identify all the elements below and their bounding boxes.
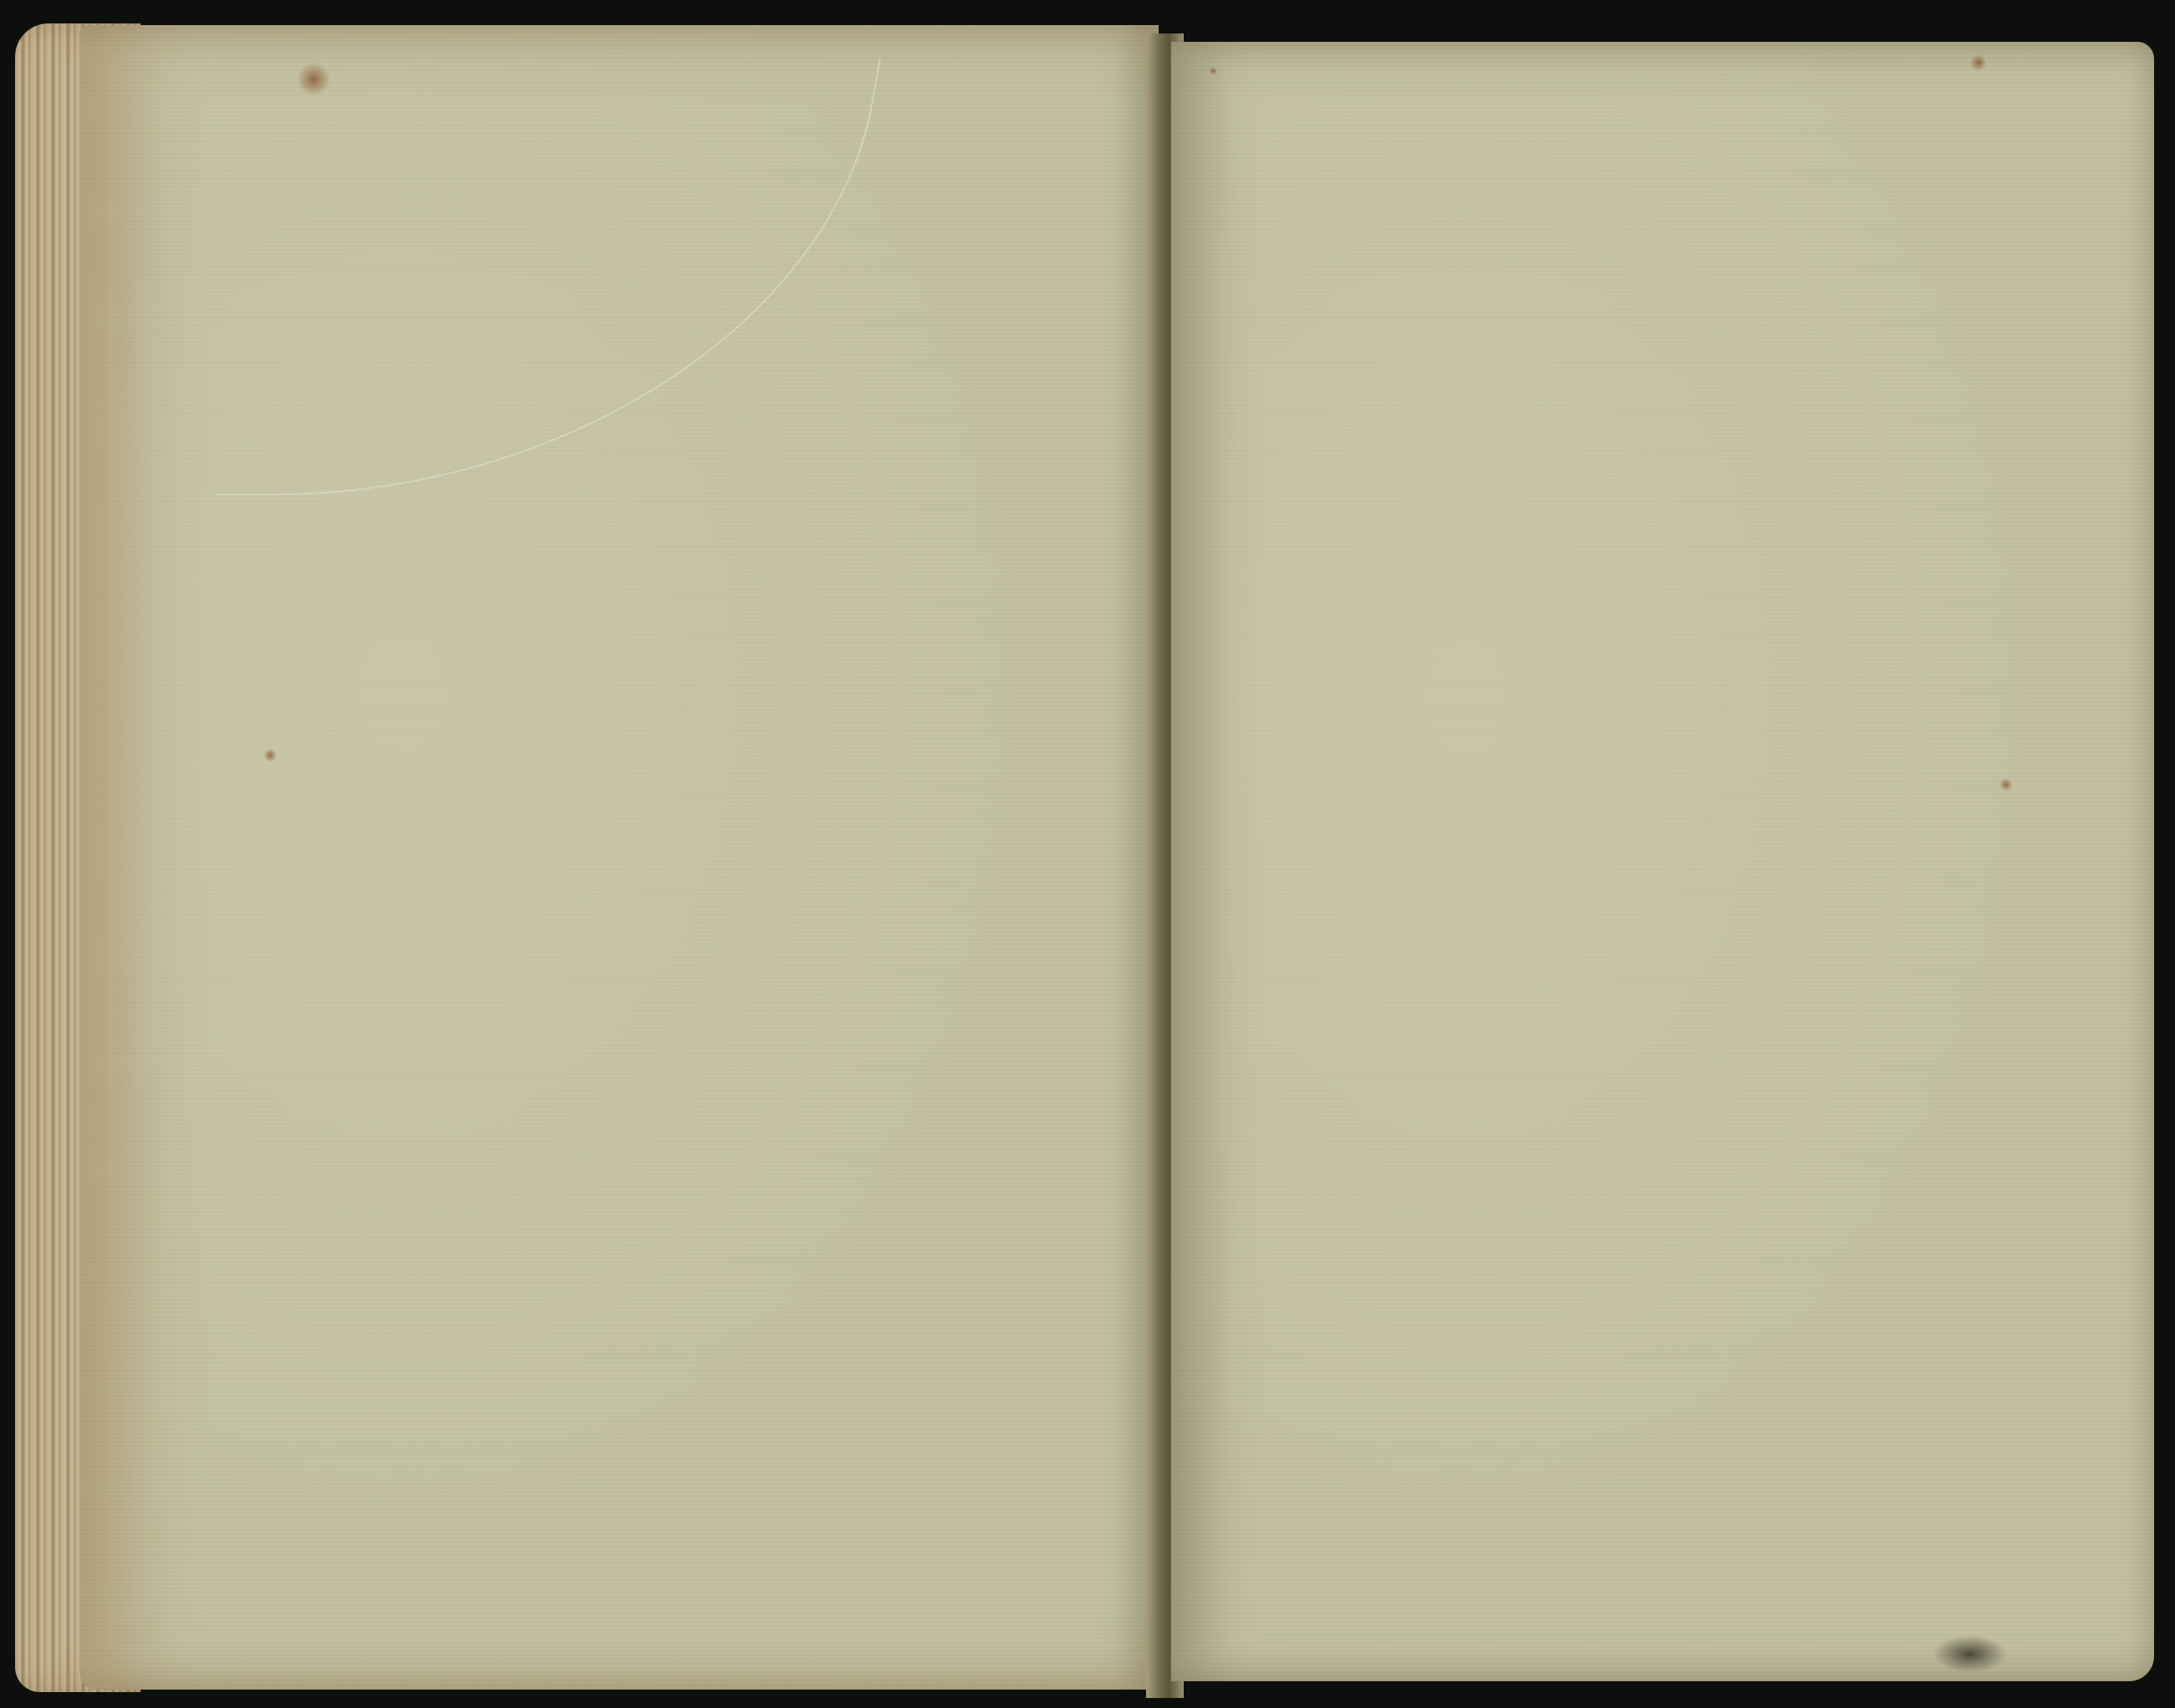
foxing-stain	[297, 63, 330, 96]
right-page	[1171, 42, 2154, 1681]
page-tear	[217, 59, 881, 495]
open-book	[0, 0, 2175, 1708]
left-page	[79, 25, 1159, 1690]
foxing-stain	[1970, 54, 1987, 71]
bleed-through-mark	[1338, 435, 1447, 477]
worm-damage	[1932, 1635, 2008, 1673]
foxing-stain	[264, 749, 277, 762]
foxing-stain	[1999, 778, 2013, 791]
foxing-stain	[1209, 67, 1217, 75]
